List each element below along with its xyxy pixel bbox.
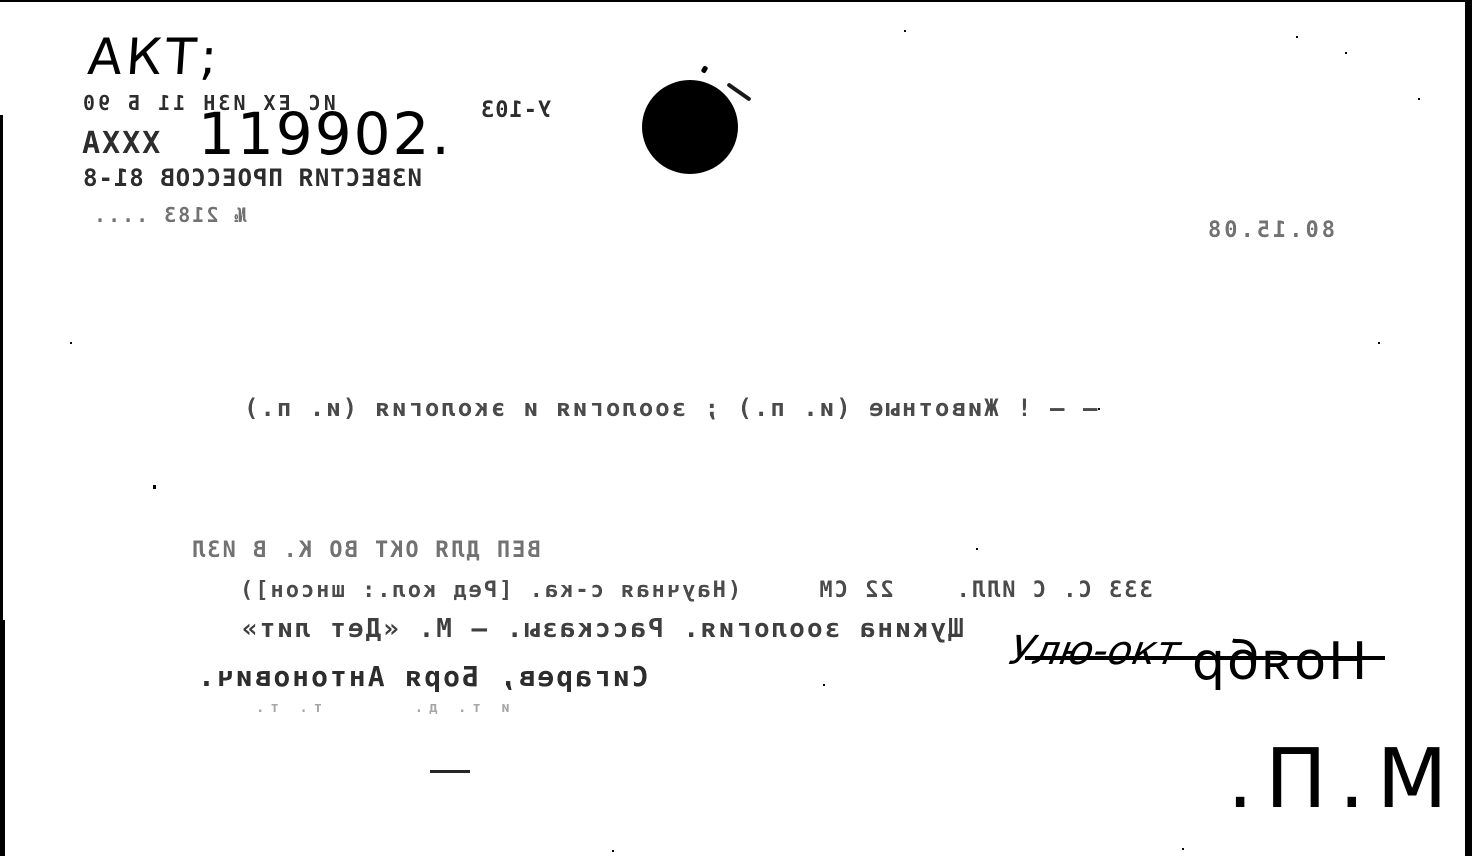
- handwritten-corner-initials: М.П.: [1215, 732, 1448, 827]
- typed-header-line-4: № 2183 ....: [92, 203, 246, 227]
- scan-mark: [701, 65, 709, 74]
- strikethrough-line: [1025, 656, 1385, 660]
- scan-speck: [153, 485, 156, 489]
- body-line-3: Щукина зоология. Рассказы. — М. «Дет лит…: [240, 614, 964, 644]
- body-line-4: Сигарев, Боря Антонович.: [196, 660, 649, 693]
- scan-speck: [612, 850, 614, 852]
- catalog-card: АКТ; ИС ЕХ ИЗН 11 Б 90 У-103 ХХХА ИЗВЕСТ…: [0, 0, 1472, 856]
- scan-speck: [1098, 408, 1100, 410]
- scan-mark: [726, 82, 751, 101]
- scan-speck: [1378, 342, 1380, 344]
- scan-speck: [904, 30, 906, 32]
- scan-speck: [1345, 52, 1347, 54]
- footer-faint-line: и т. д. т. т.: [250, 700, 510, 716]
- body-line-2: 333 С. С ИЛЛ. 22 СМ (Научная с-ка. [Ред …: [238, 578, 1153, 603]
- scan-speck: [1418, 98, 1420, 100]
- scan-border-top: [0, 0, 1472, 2]
- handwritten-inline-note: Улю-окт: [1006, 628, 1184, 674]
- scan-speck: [1296, 36, 1298, 38]
- scan-speck: [1182, 848, 1184, 850]
- subject-heading-line: — — ! Животные (и. п.) ; зоология и экол…: [242, 394, 1097, 422]
- handwritten-struck-number: Ноябр: [1190, 632, 1367, 692]
- scan-speck: [70, 342, 72, 344]
- body-line-1: ВЕП ДЛЯ ОКТ ВО К. В ИЗЛ: [190, 538, 541, 563]
- handwritten-catalog-number: 119902.: [198, 100, 452, 168]
- typed-header-line-1-right: У-103: [480, 98, 551, 123]
- date-stamp: 80.15.08: [1205, 218, 1335, 243]
- scan-speck: [976, 548, 978, 550]
- scan-speck: [823, 684, 825, 686]
- scan-border-right: [1465, 0, 1472, 856]
- punch-hole: [642, 80, 738, 174]
- typed-header-line-3: ИЗВЕСТИЯ ПРОЕССОВ 81-8: [82, 164, 422, 192]
- typed-header-line-2: ХХХА: [80, 126, 160, 161]
- stray-mark: [430, 770, 470, 773]
- scan-border-left-inner: [3, 620, 5, 856]
- handwritten-header-label: АКТ;: [86, 28, 223, 86]
